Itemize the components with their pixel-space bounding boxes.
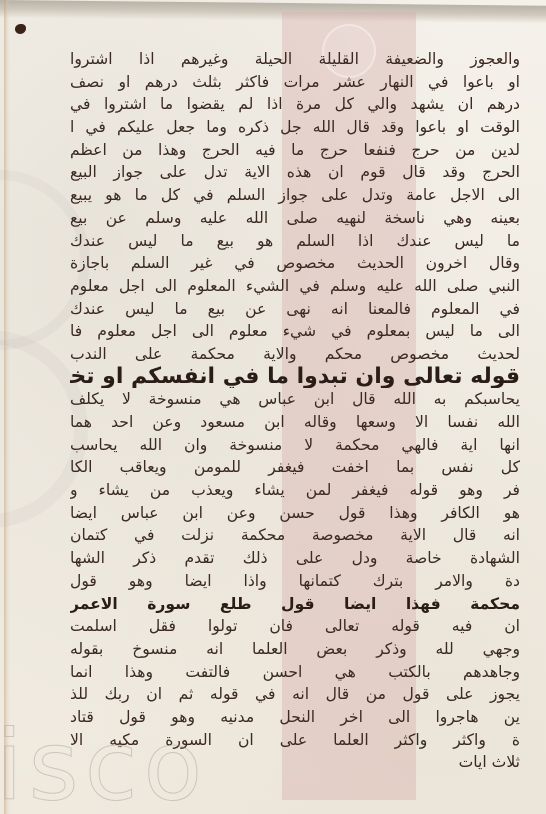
- text-line: الله نفسا الا وسعها وقاله ابن مسعود وعن …: [70, 411, 520, 434]
- text-line: يحاسبكم به الله قال ابن عباس هي منسوخة ل…: [70, 388, 520, 411]
- text-line: وقال اخرون الحديث مخصوص في غير السلم باج…: [70, 252, 520, 275]
- text-line: النبي صلى الله عليه وسلم في الشيء المعلو…: [70, 275, 520, 298]
- text-line: ان فيه قوله تعالى فان تولوا فقل اسلمت: [70, 615, 520, 638]
- text-line: الوقت او باعوا وقد قال الله جل ذكره وما …: [70, 116, 520, 139]
- text-line: والعجوز والضعيفة القليلة الحيلة وغيرهم ا…: [70, 48, 520, 71]
- manuscript-text: والعجوز والضعيفة القليلة الحيلة وغيرهم ا…: [70, 48, 520, 774]
- page-top-edge: [0, 0, 546, 24]
- text-line: الى الاجل عامة وتدل على جواز السلم في كل…: [70, 184, 520, 207]
- text-line: دة والامر بترك كتمانها واذا ايضا وهو قول: [70, 570, 520, 593]
- text-line: وجهي لله وذكر بعض العلما انه منسوخ بقوله: [70, 638, 520, 661]
- text-line: انها اية فالهي محكمة لا منسوخة وان الله …: [70, 434, 520, 457]
- text-line: بعينه وهي ناسخة لنهيه صلى الله عليه وسلم…: [70, 207, 520, 230]
- text-line: ما ليس عندك اذا السلم هو بيع ما ليس عندك: [70, 230, 520, 253]
- text-line: لحديث مخصوص محكم والاية محكمة على الندب: [70, 343, 520, 366]
- text-line: الحرج وقد قال قوم ان هذه الاية تدل على ج…: [70, 161, 520, 184]
- text-line: هو الكافر وهذا قول حسن وعن ابن عباس ايضا: [70, 502, 520, 525]
- text-line: لدين من حرج فنفعا حرج ما فيه الحرج وهذا …: [70, 139, 520, 162]
- text-line: فر وهو قوله فيغفر لمن يشاء ويعذب من يشاء…: [70, 479, 520, 502]
- text-line: الى ما ليس بمعلوم في شيء معلوم الى اجل م…: [70, 320, 520, 343]
- brand-watermark-text: isco: [0, 718, 208, 814]
- text-line: انه قال الاية مخصوصة محكمة نزلت في كتمان: [70, 524, 520, 547]
- text-line: في المعلوم فالمعنا انه نهى عن بيع ما ليس…: [70, 298, 520, 321]
- text-line-heading: قوله تعالى وان تبدوا ما في انفسكم او تخف…: [70, 366, 520, 389]
- ink-blot: [15, 24, 26, 34]
- text-line-surah-heading: محكمة فهذا ايضا قول طلع سورة الاعمر: [70, 593, 520, 616]
- text-line: او باعوا في النهار عشر مرات فاكثر بثلث د…: [70, 71, 520, 94]
- text-line: درهم ان يشهد والي كل مرة اذا لم يقضوا ما…: [70, 93, 520, 116]
- manuscript-page: والعجوز والضعيفة القليلة الحيلة وغيرهم ا…: [0, 0, 546, 814]
- text-line: يجوز على قول من قال انه في قوله ثم ان رب…: [70, 683, 520, 706]
- text-line: الشهادة خاصة ودل على ذلك تقدم ذكر الشها: [70, 547, 520, 570]
- text-line: وجاهدهم بالكتب هي احسن فالتفت وهذا انما: [70, 661, 520, 684]
- text-line: كل نفس بما اخفت فيغفر للمومن ويعاقب الكا: [70, 456, 520, 479]
